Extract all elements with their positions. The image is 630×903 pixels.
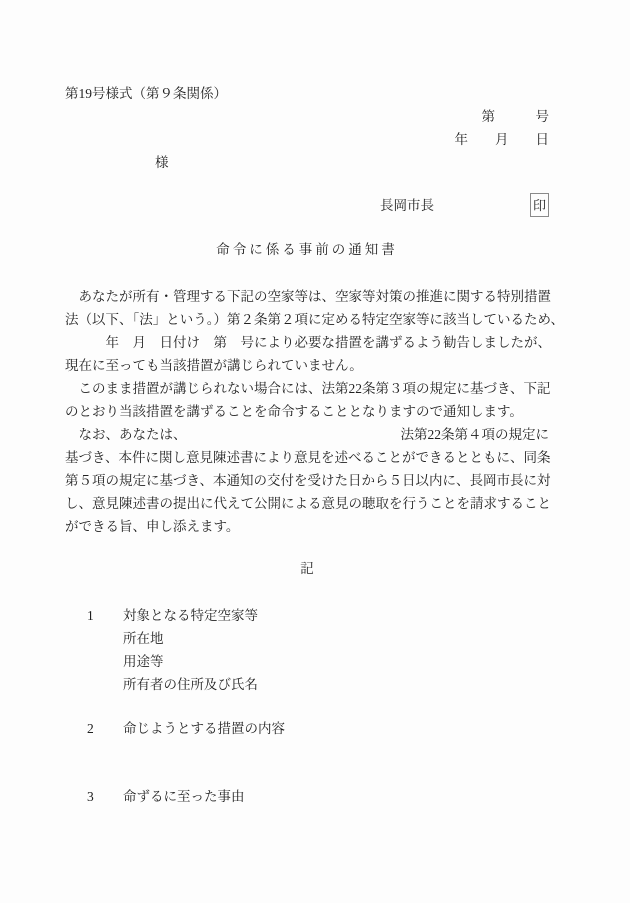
record-marker: 記: [65, 557, 549, 580]
body-line: このまま措置が講じられない場合には、法第22条第３項の規定に基づき、下記: [65, 377, 549, 400]
seal-mark: 印: [533, 199, 546, 212]
body-line: し、意見陳述書の提出に代えて公開による意見の聴取を行うことを請求すること: [65, 492, 549, 515]
addressee-suffix: 様: [155, 151, 549, 174]
list-item-number: 3: [87, 785, 123, 808]
list-item-number: 1: [87, 604, 123, 627]
list-sub-item: 用途等: [65, 650, 549, 673]
list-item-3: 3命ずるに至った事由: [65, 785, 549, 808]
list-item-1: 1対象となる特定空家等所在地用途等所有者の住所及び氏名: [65, 604, 549, 696]
page-title: 命令に係る事前の通知書: [65, 238, 549, 261]
body-line: あなたが所有・管理する下記の空家等は、空家等対策の推進に関する特別措置: [65, 285, 549, 308]
body-line: 第５項の規定に基づき、本通知の交付を受けた日から５日以内に、長岡市長に対: [65, 469, 549, 492]
list-sub-item: 所在地: [65, 627, 549, 650]
list-item-text: 命じようとする措置の内容: [123, 721, 285, 736]
list-item-label: 2命じようとする措置の内容: [65, 717, 549, 740]
document-page: 第19号様式（第９条関係） 第 号 年 月 日 様 長岡市長 印 命令に係る事前…: [0, 0, 630, 903]
body-line: 現在に至っても当該措置が講じられていません。: [65, 354, 549, 377]
body-line: なお、あなたは、法第22条第４項の規定に: [65, 423, 549, 446]
body-line: 年 月 日付け 第 号により必要な措置を講ずるよう勧告しましたが、: [65, 331, 549, 354]
body-line: ができる旨、申し添えます。: [65, 515, 549, 538]
date-line: 年 月 日: [65, 128, 549, 151]
sender-row: 長岡市長 印: [65, 193, 549, 217]
body-line-left: なお、あなたは、: [65, 423, 187, 446]
notice-body: あなたが所有・管理する下記の空家等は、空家等対策の推進に関する特別措置法（以下、…: [65, 285, 549, 538]
list-item-number: 2: [87, 717, 123, 740]
body-line-right: 法第22条第４項の規定に: [401, 423, 550, 446]
sender-title: 長岡市長: [380, 194, 434, 217]
list-sub-item: 所有者の住所及び氏名: [65, 673, 549, 696]
list-item-label: 1対象となる特定空家等: [65, 604, 549, 627]
body-line: 法（以下、「法」という。）第２条第２項に定める特定空家等に該当しているため、: [65, 308, 549, 331]
form-number: 第19号様式（第９条関係）: [65, 82, 549, 105]
seal-box: 印: [530, 193, 549, 217]
list-item-2: 2命じようとする措置の内容: [65, 717, 549, 740]
record-list: 1対象となる特定空家等所在地用途等所有者の住所及び氏名2命じようとする措置の内容…: [65, 604, 549, 808]
body-line: 基づき、本件に関し意見陳述書により意見を述べることができるとともに、同条: [65, 446, 549, 469]
doc-number-line: 第 号: [65, 105, 549, 128]
list-item-label: 3命ずるに至った事由: [65, 785, 549, 808]
body-line: のとおり当該措置を講ずることを命令することとなりますので通知します。: [65, 400, 549, 423]
list-item-text: 命ずるに至った事由: [123, 789, 245, 804]
list-item-text: 対象となる特定空家等: [123, 608, 258, 623]
